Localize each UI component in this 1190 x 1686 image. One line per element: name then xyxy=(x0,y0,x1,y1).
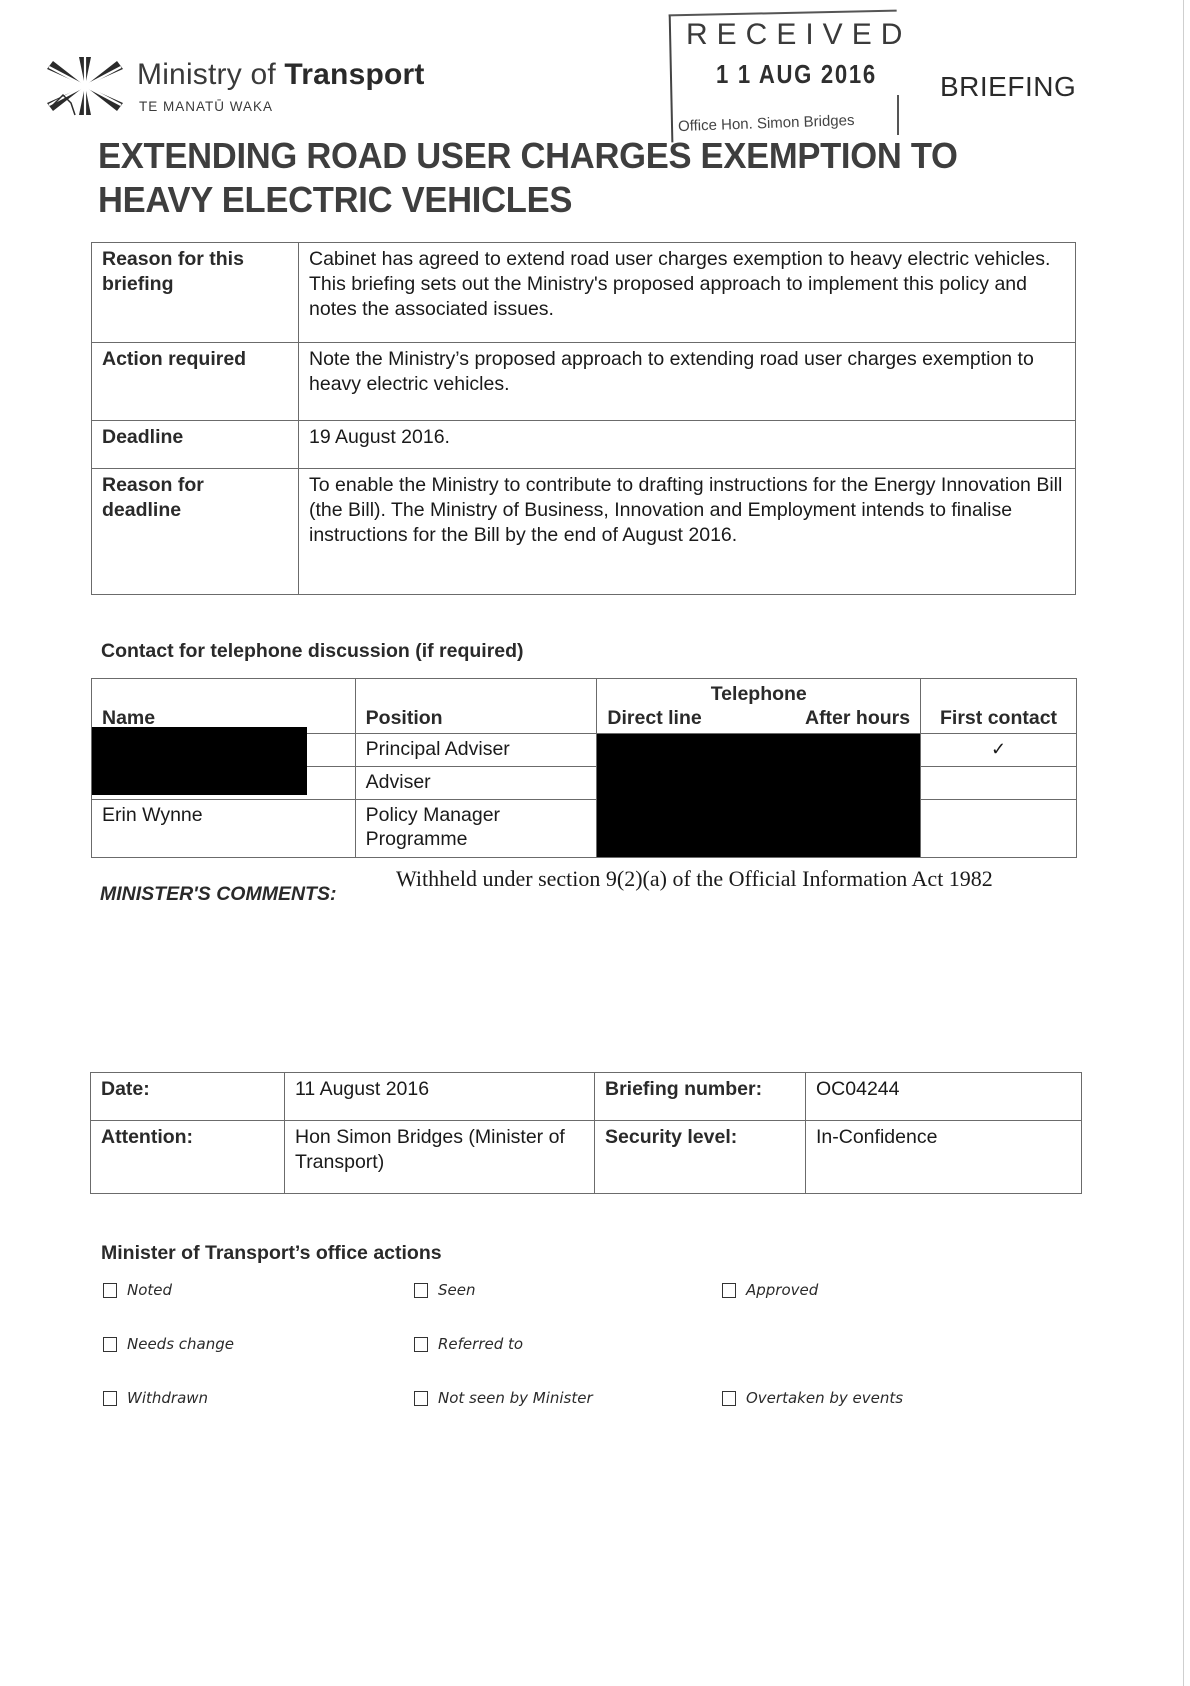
stamp-border xyxy=(897,95,899,135)
checkbox-icon[interactable] xyxy=(722,1283,736,1298)
column-header-telephone: Telephone xyxy=(597,679,921,707)
stamp-date: 1 1 AUG 2016 xyxy=(716,59,877,90)
table-row: Deadline 19 August 2016. xyxy=(92,421,1076,469)
withheld-note: Withheld under section 9(2)(a) of the Of… xyxy=(396,866,993,892)
first-contact-check xyxy=(921,800,1077,858)
checkbox-icon[interactable] xyxy=(103,1283,117,1298)
action-label: Noted xyxy=(127,1281,172,1299)
first-contact-check xyxy=(921,767,1077,800)
action-label: Approved xyxy=(746,1281,818,1299)
security-level-label: Security level: xyxy=(595,1121,806,1194)
attention-label: Attention: xyxy=(91,1121,285,1194)
action-approved[interactable]: Approved xyxy=(722,1281,818,1299)
table-row: Reason for deadline To enable the Minist… xyxy=(92,469,1076,595)
briefing-number-value: OC04244 xyxy=(806,1073,1082,1121)
date-value: 11 August 2016 xyxy=(285,1073,595,1121)
summary-table: Reason for this briefing Cabinet has agr… xyxy=(91,242,1076,595)
checkbox-icon[interactable] xyxy=(414,1391,428,1406)
table-row: Attention: Hon Simon Bridges (Minister o… xyxy=(91,1121,1082,1194)
action-label: Not seen by Minister xyxy=(438,1389,593,1407)
action-needs-change[interactable]: Needs change xyxy=(103,1335,234,1353)
name-redaction-block xyxy=(92,727,307,795)
contact-heading: Contact for telephone discussion (if req… xyxy=(101,640,524,663)
org-subtitle: TE MANATŪ WAKA xyxy=(139,99,273,114)
office-actions-heading: Minister of Transport’s office actions xyxy=(101,1242,442,1265)
row-label: Reason for deadline xyxy=(92,469,299,595)
action-not-seen-by-minister[interactable]: Not seen by Minister xyxy=(414,1389,593,1407)
row-value: Cabinet has agreed to extend road user c… xyxy=(299,243,1076,343)
minister-comments-label: MINISTER'S COMMENTS: xyxy=(100,883,336,906)
document-title: EXTENDING ROAD USER CHARGES EXEMPTION TO… xyxy=(98,134,991,222)
contact-position: Policy Manager Programme xyxy=(355,800,597,858)
action-label: Needs change xyxy=(127,1335,234,1353)
action-noted[interactable]: Noted xyxy=(103,1281,172,1299)
table-row: Erin Wynne Policy Manager Programme xyxy=(92,800,1077,858)
org-name: Ministry of Transport xyxy=(137,58,425,92)
column-header-name: Name xyxy=(92,679,356,734)
security-level-value: In-Confidence xyxy=(806,1121,1082,1194)
row-label: Action required xyxy=(92,343,299,421)
checkbox-icon[interactable] xyxy=(722,1391,736,1406)
contact-name: Erin Wynne xyxy=(92,800,356,858)
row-label: Reason for this briefing xyxy=(92,243,299,343)
action-label: Referred to xyxy=(438,1335,523,1353)
briefing-meta-table: Date: 11 August 2016 Briefing number: OC… xyxy=(90,1072,1082,1194)
action-label: Seen xyxy=(438,1281,476,1299)
action-referred-to[interactable]: Referred to xyxy=(414,1335,523,1353)
document-type-label: BRIEFING xyxy=(940,71,1076,103)
action-label: Overtaken by events xyxy=(746,1389,903,1407)
row-value: Note the Ministry’s proposed approach to… xyxy=(299,343,1076,421)
column-header-after-hours: After hours xyxy=(760,706,921,734)
briefing-number-label: Briefing number: xyxy=(595,1073,806,1121)
checkbox-icon[interactable] xyxy=(103,1337,117,1352)
column-header-direct-line: Direct line xyxy=(597,706,760,734)
column-header-first-contact: First contact xyxy=(921,679,1077,734)
checkbox-icon[interactable] xyxy=(414,1337,428,1352)
row-value: 19 August 2016. xyxy=(299,421,1076,469)
column-header-position: Position xyxy=(355,679,597,734)
action-seen[interactable]: Seen xyxy=(414,1281,476,1299)
ministry-star-logo-icon xyxy=(45,55,125,117)
telephone-redacted xyxy=(597,734,921,858)
first-contact-check: ✓ xyxy=(921,734,1077,767)
row-value: To enable the Ministry to contribute to … xyxy=(299,469,1076,595)
attention-value: Hon Simon Bridges (Minister of Transport… xyxy=(285,1121,595,1194)
stamp-status: RECEIVED xyxy=(686,18,911,52)
action-label: Withdrawn xyxy=(127,1389,208,1407)
date-label: Date: xyxy=(91,1073,285,1121)
row-label: Deadline xyxy=(92,421,299,469)
checkbox-icon[interactable] xyxy=(103,1391,117,1406)
contact-position: Principal Adviser xyxy=(355,734,597,767)
page-edge-line xyxy=(1183,0,1184,1686)
contact-position: Adviser xyxy=(355,767,597,800)
action-withdrawn[interactable]: Withdrawn xyxy=(103,1389,208,1407)
action-overtaken-by-events[interactable]: Overtaken by events xyxy=(722,1389,903,1407)
header-row: Name Position Telephone First contact xyxy=(92,679,1077,707)
table-row: Date: 11 August 2016 Briefing number: OC… xyxy=(91,1073,1082,1121)
table-row: Action required Note the Ministry’s prop… xyxy=(92,343,1076,421)
checkbox-icon[interactable] xyxy=(414,1283,428,1298)
table-row: Reason for this briefing Cabinet has agr… xyxy=(92,243,1076,343)
